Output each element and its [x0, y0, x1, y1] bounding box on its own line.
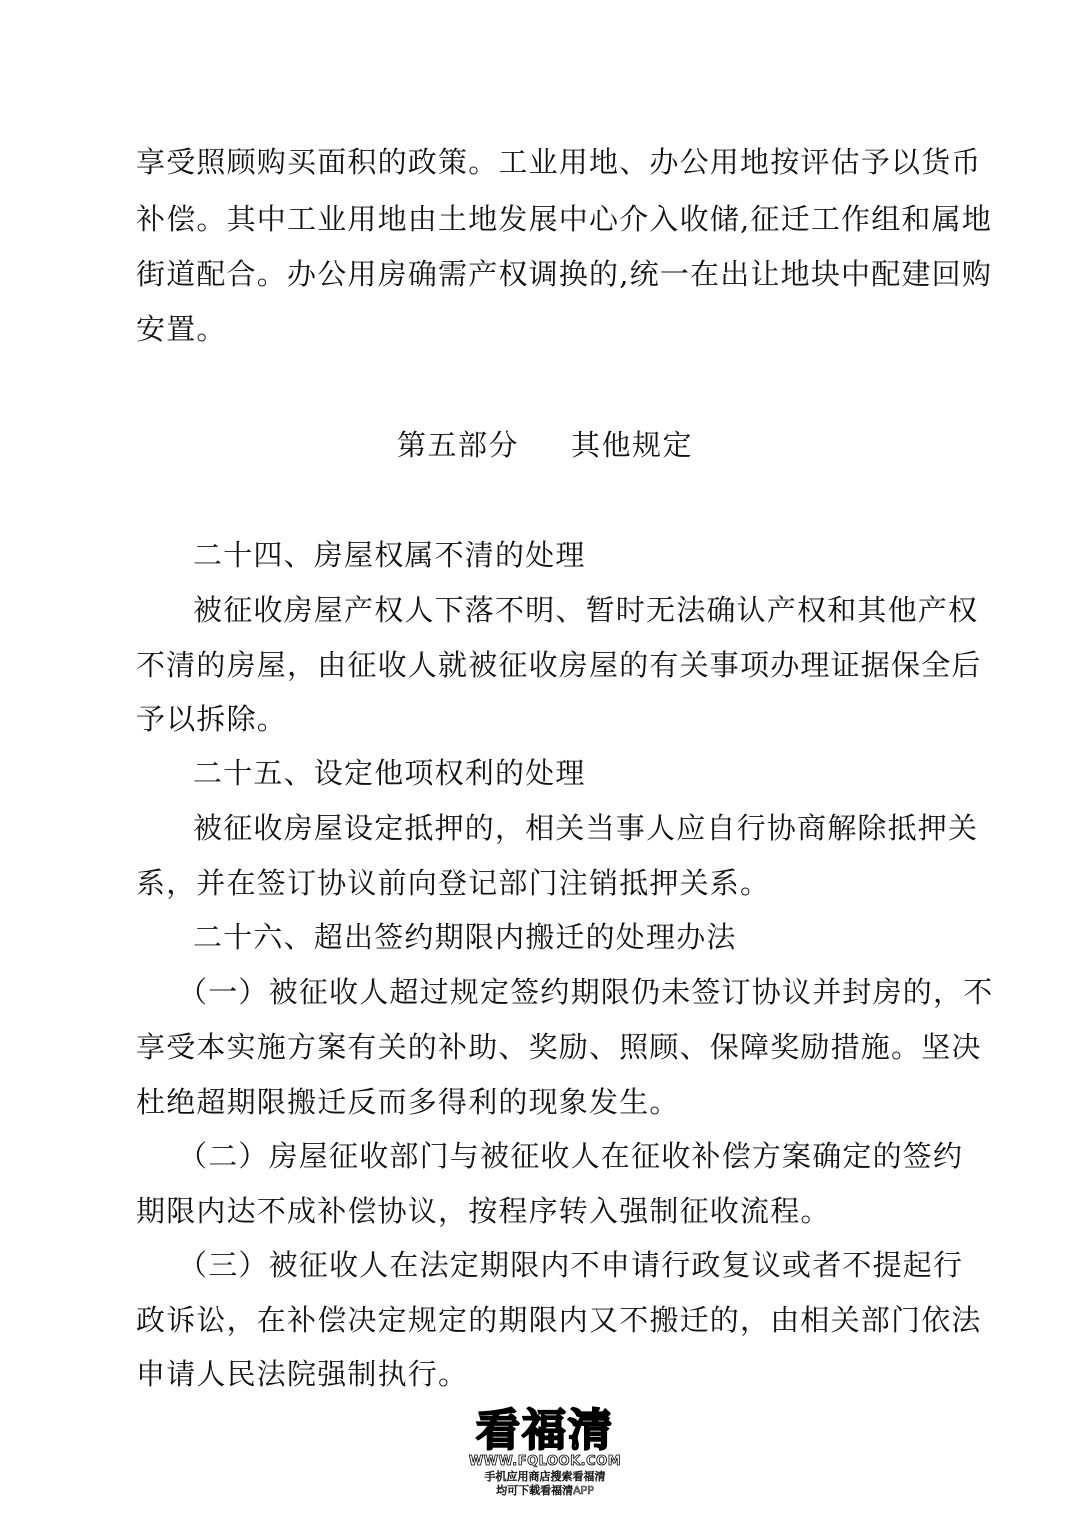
part-name: 其他规定	[571, 425, 693, 465]
section-26-heading: 二十六、超出签约期限内搬迁的处理办法	[193, 917, 737, 957]
section-26-item-2-line-1: （二）房屋征收部门与被征收人在征收补偿方案确定的签约	[178, 1136, 963, 1176]
section-24-line-2: 不清的房屋，由征收人就被征收房屋的有关事项办理证据保全后	[136, 645, 982, 685]
section-24-heading: 二十四、房屋权属不清的处理	[193, 535, 586, 575]
intro-line-1: 享受照顾购买面积的政策。工业用地、办公用地按评估予以货币	[136, 142, 982, 182]
watermark-tip-2: 均可下载看福清APP	[460, 1484, 630, 1498]
watermark-url: WWW.FQLOOK.COM	[460, 1454, 630, 1470]
intro-line-2: 补偿。其中工业用地由土地发展中心介入收储,征迁工作组和属地	[136, 199, 992, 239]
section-25-line-2: 系，并在签订协议前向登记部门注销抵押关系。	[136, 863, 770, 903]
section-26-item-3-line-3: 申请人民法院强制执行。	[136, 1354, 468, 1394]
section-25-heading: 二十五、设定他项权利的处理	[193, 753, 586, 793]
intro-line-3: 街道配合。办公用房确需产权调换的,统一在出让地块中配建回购	[136, 254, 992, 294]
watermark-tip-1: 手机应用商店搜索看福清	[460, 1470, 630, 1484]
section-25-line-1: 被征收房屋设定抵押的，相关当事人应自行协商解除抵押关	[193, 808, 978, 848]
section-26-item-1-line-2: 享受本实施方案有关的补助、奖励、照顾、保障奖励措施。坚决	[136, 1027, 982, 1067]
section-24-line-1: 被征收房屋产权人下落不明、暂时无法确认产权和其他产权	[193, 590, 978, 630]
section-26-item-2-line-2: 期限内达不成补偿协议，按程序转入强制征收流程。	[136, 1191, 831, 1231]
watermark-logo: 看福清	[460, 1408, 630, 1454]
watermark: 看福清 WWW.FQLOOK.COM 手机应用商店搜索看福清 均可下载看福清AP…	[460, 1408, 630, 1498]
part-number: 第五部分	[397, 425, 519, 465]
intro-line-4: 安置。	[136, 309, 227, 349]
section-26-item-1-line-1: （一）被征收人超过规定签约期限仍未签订协议并封房的，不	[178, 972, 993, 1012]
section-24-line-3: 予以拆除。	[136, 699, 287, 739]
section-26-item-1-line-3: 杜绝超期限搬迁反而多得利的现象发生。	[136, 1082, 680, 1122]
section-26-item-3-line-2: 政诉讼，在补偿决定规定的期限内又不搬迁的，由相关部门依法	[136, 1300, 982, 1340]
section-26-item-3-line-1: （三）被征收人在法定期限内不申请行政复议或者不提起行	[178, 1245, 963, 1285]
